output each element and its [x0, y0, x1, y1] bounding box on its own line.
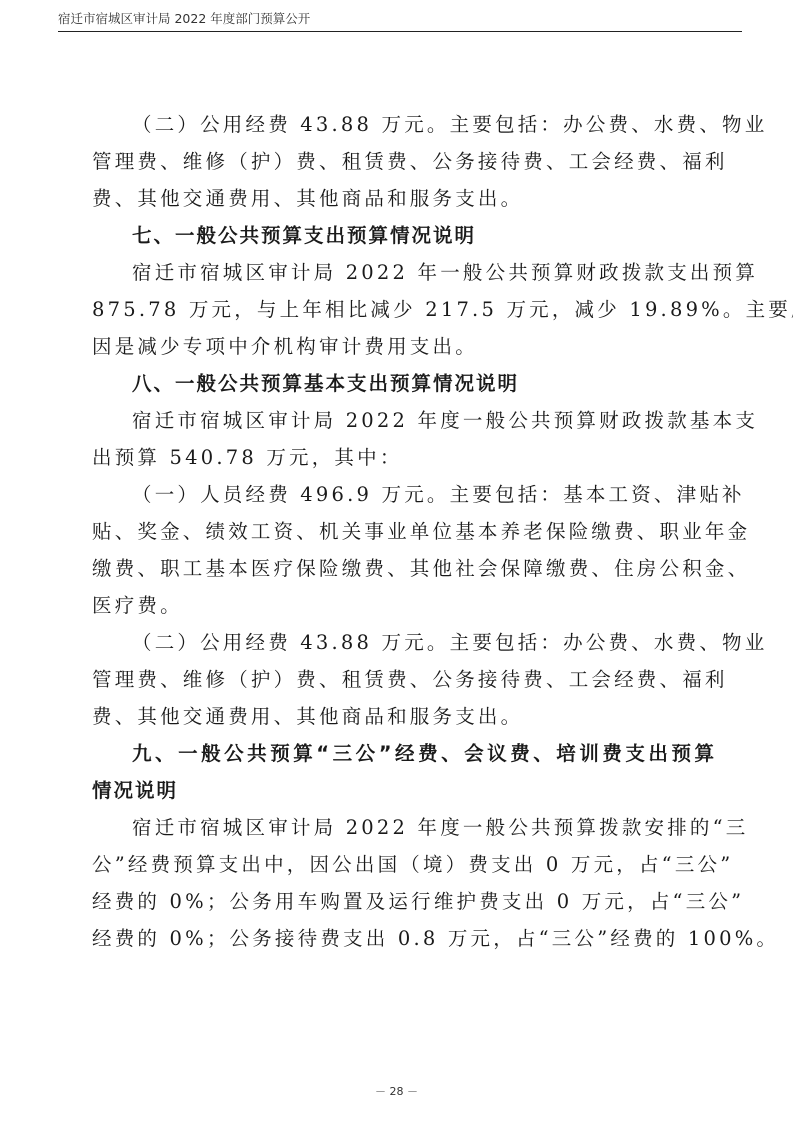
paragraph-line: 费、其他交通费用、其他商品和服务支出。: [92, 701, 716, 738]
paragraph-line: 宿迁市宿城区审计局 2022 年度一般公共预算财政拨款基本支: [92, 405, 716, 442]
section-heading-7: 七、一般公共预算支出预算情况说明: [92, 220, 716, 257]
paragraph-line: （二）公用经费 43.88 万元。主要包括：办公费、水费、物业: [92, 627, 716, 664]
paragraph-line: 宿迁市宿城区审计局 2022 年一般公共预算财政拨款支出预算: [92, 257, 716, 294]
paragraph-line: 经费的 0%；公务接待费支出 0.8 万元，占“三公”经费的 100%。: [92, 923, 716, 960]
paragraph-line: 管理费、维修（护）费、租赁费、公务接待费、工会经费、福利: [92, 146, 716, 183]
paragraph-line: （一）人员经费 496.9 万元。主要包括：基本工资、津贴补: [92, 479, 716, 516]
running-header: 宿迁市宿城区审计局 2022 年度部门预算公开: [58, 10, 738, 32]
paragraph-line: 出预算 540.78 万元，其中：: [92, 442, 716, 479]
paragraph-line: 公”经费预算支出中，因公出国（境）费支出 0 万元，占“三公”: [92, 849, 716, 886]
section-heading-9-cont: 情况说明: [92, 775, 716, 812]
paragraph-line: 因是减少专项中介机构审计费用支出。: [92, 331, 716, 368]
paragraph-line: 费、其他交通费用、其他商品和服务支出。: [92, 183, 716, 220]
section-heading-8: 八、一般公共预算基本支出预算情况说明: [92, 368, 716, 405]
header-divider: [58, 31, 742, 32]
paragraph-line: （二）公用经费 43.88 万元。主要包括：办公费、水费、物业: [92, 109, 716, 146]
paragraph-line: 宿迁市宿城区审计局 2022 年度一般公共预算拨款安排的“三: [92, 812, 716, 849]
section-heading-9: 九、一般公共预算“三公”经费、会议费、培训费支出预算: [92, 738, 716, 775]
paragraph-line: 医疗费。: [92, 590, 716, 627]
paragraph-line: 875.78 万元，与上年相比减少 217.5 万元，减少 19.89%。主要原: [92, 294, 716, 331]
page-number: － 28 －: [0, 1083, 793, 1099]
paragraph-line: 经费的 0%；公务用车购置及运行维护费支出 0 万元，占“三公”: [92, 886, 716, 923]
paragraph-line: 管理费、维修（护）费、租赁费、公务接待费、工会经费、福利: [92, 664, 716, 701]
paragraph-line: 贴、奖金、绩效工资、机关事业单位基本养老保险缴费、职业年金: [92, 516, 716, 553]
paragraph-line: 缴费、职工基本医疗保险缴费、其他社会保障缴费、住房公积金、: [92, 553, 716, 590]
document-body: （二）公用经费 43.88 万元。主要包括：办公费、水费、物业 管理费、维修（护…: [92, 109, 716, 960]
